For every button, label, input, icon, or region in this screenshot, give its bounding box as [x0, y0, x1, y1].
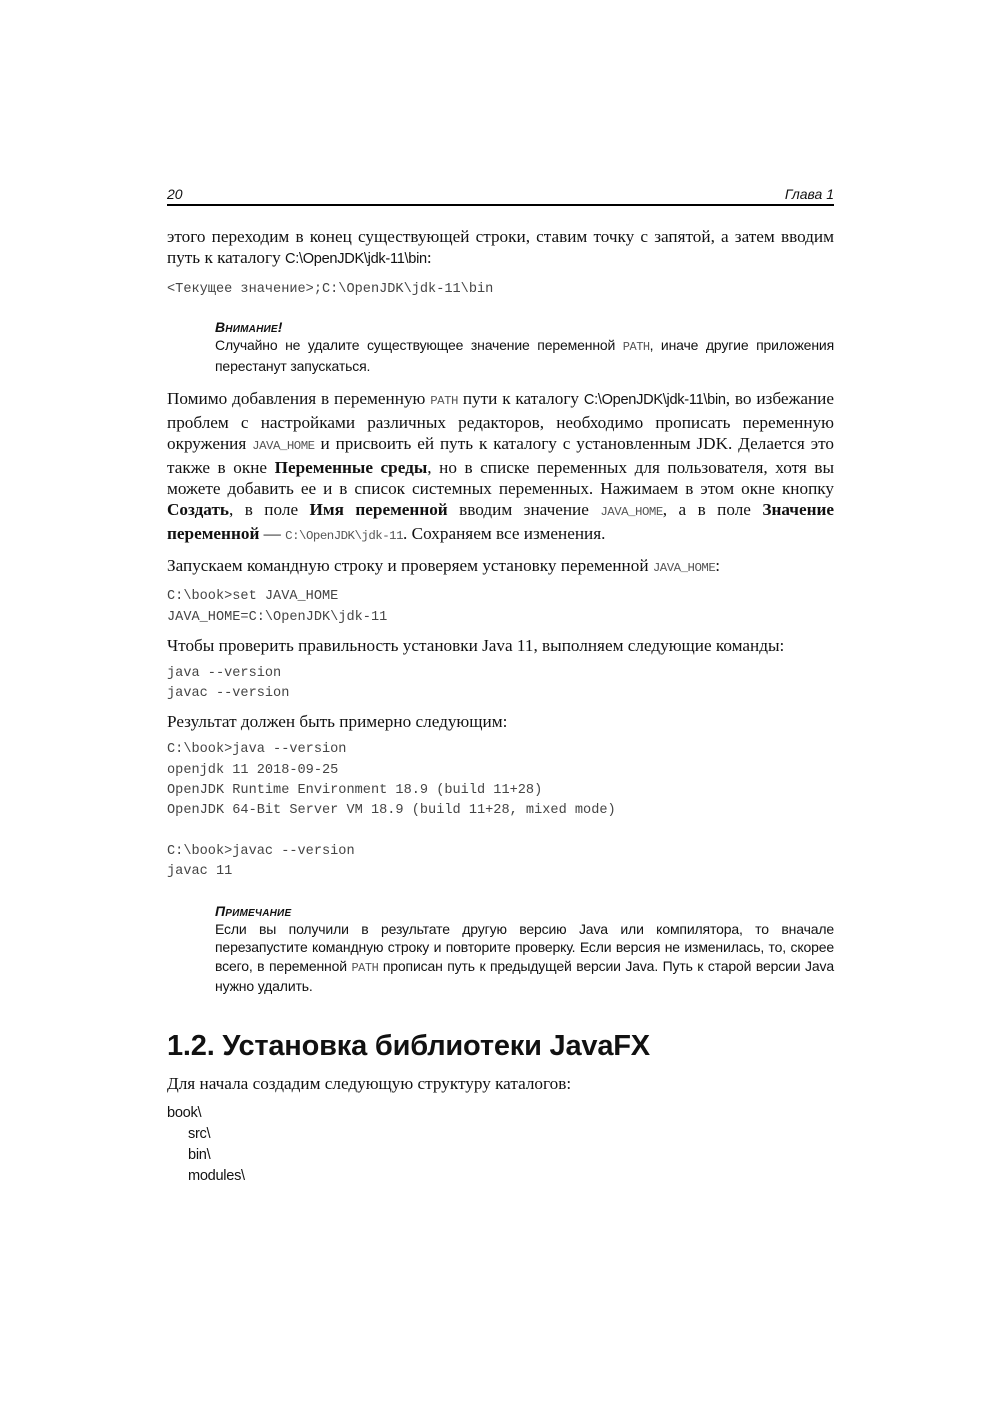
tree-item: modules\: [167, 1166, 834, 1187]
note-text: Если вы получили в результате другую вер…: [215, 920, 834, 996]
paragraph-intro: этого переходим в конец существующей стр…: [167, 226, 834, 270]
bold-var-name: Имя переменной: [310, 500, 448, 519]
paragraph-result: Результат должен быть примерно следующим…: [167, 711, 834, 732]
book-page: 20 Глава 1 этого переходим в конец сущес…: [167, 186, 834, 1187]
var-path: PATH: [623, 340, 650, 354]
bold-create: Создать: [167, 500, 229, 519]
warning-box: Внимание! Случайно не удалите существующ…: [215, 318, 834, 375]
chapter-label: Глава 1: [785, 186, 834, 203]
var-path: PATH: [351, 961, 378, 975]
tree-item: src\: [167, 1124, 834, 1145]
paragraph-check-install: Чтобы проверить правильность установки J…: [167, 635, 834, 656]
directory-tree: book\ src\ bin\ modules\: [167, 1103, 834, 1187]
code-version-commands: java --version javac --version: [167, 664, 834, 705]
paragraph-check-var: Запускаем командную строку и проверяем у…: [167, 555, 834, 579]
warning-title: Внимание!: [215, 318, 834, 336]
code-set-java-home: C:\book>set JAVA_HOME JAVA_HOME=C:\OpenJ…: [167, 587, 834, 628]
paragraph-java-home: Помимо добавления в переменную PATH пути…: [167, 388, 834, 547]
code-path-value: <Текущее значение>;C:\OpenJDK\jdk-11\bin: [167, 280, 834, 300]
note-box: Примечание Если вы получили в результате…: [215, 902, 834, 996]
bold-env-window: Переменные среды: [275, 458, 428, 477]
tree-item: bin\: [167, 1145, 834, 1166]
code-version-output: C:\book>java --version openjdk 11 2018-0…: [167, 740, 834, 882]
running-header: 20 Глава 1: [167, 186, 834, 206]
page-number: 20: [167, 186, 183, 203]
section-heading: 1.2. Установка библиотеки JavaFX: [167, 1029, 834, 1063]
section-intro: Для начала создадим следующую структуру …: [167, 1073, 834, 1094]
note-title: Примечание: [215, 902, 834, 920]
tree-root: book\: [167, 1103, 834, 1124]
path-bin: C:\OpenJDK\jdk-11\bin: [285, 251, 427, 267]
warning-text: Случайно не удалите существующее значени…: [215, 336, 834, 375]
